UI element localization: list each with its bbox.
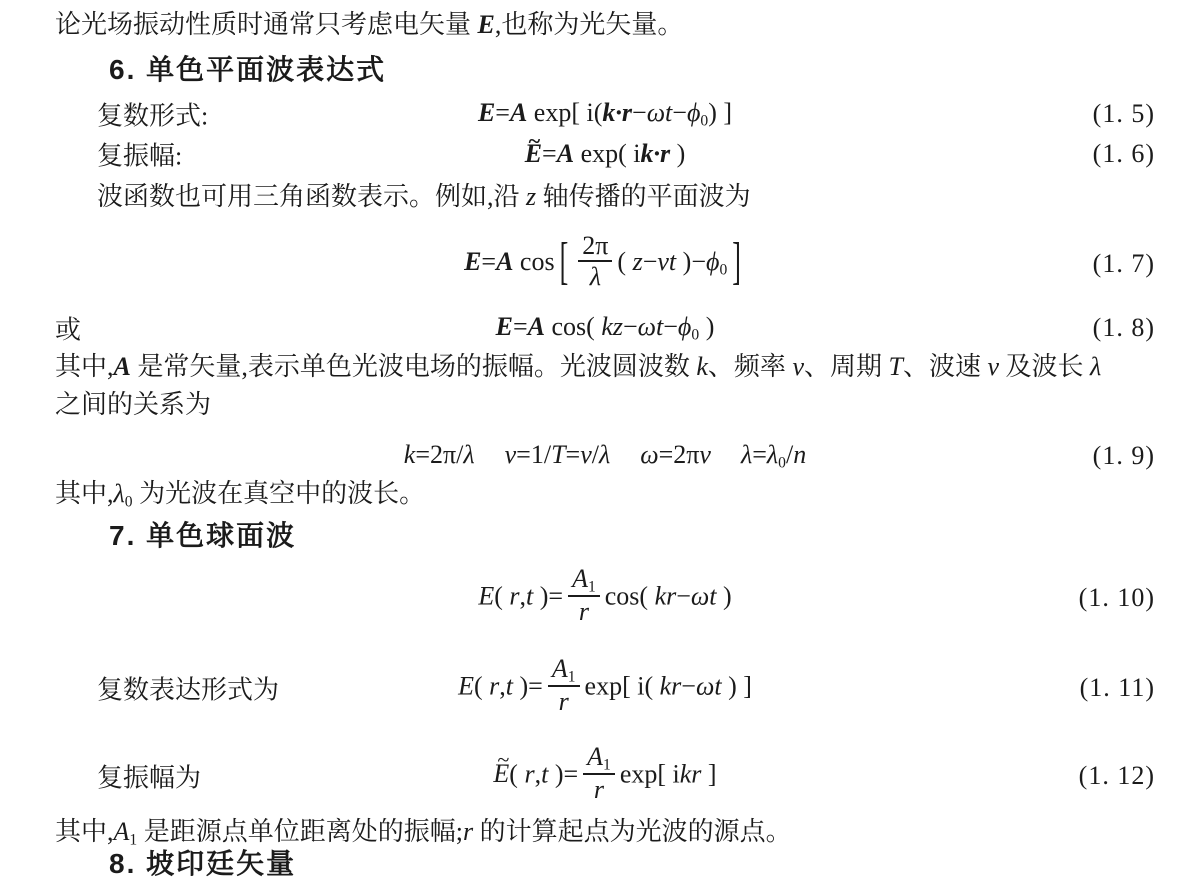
math-token: = [566,440,581,469]
equation-1-9: k=2π/λν=1/T=v/λω=2πνλ=λ0/n [404,440,806,472]
math-token: exp[ i [620,759,680,788]
math-token: kz [601,312,623,341]
text-run: 其中, [55,479,114,508]
equation-number-1-11: (1. 11) [1080,673,1155,703]
text-run: 其中, [55,352,114,381]
math-token: ) [670,139,685,168]
relation-angular-frequency: ω=2πν [640,440,711,469]
math-var-z: z [526,182,536,211]
math-token: ϕ [687,98,700,127]
equation-number-1-8: (1. 8) [1093,313,1155,343]
math-token: exp[ i( [527,98,602,127]
math-token: λ [463,440,474,469]
equation-number-1-7: (1. 7) [1093,249,1155,279]
math-token: λ [599,440,610,469]
fraction: A1r [548,654,580,717]
math-token: vt [657,247,676,276]
text-run: 、频率 [708,352,793,381]
math-token: E [478,98,495,127]
math-token: ) [717,581,732,610]
math-token: = [495,98,510,127]
equation-1-11: E( r,t )=A1rexp[ i( kr−ωt ) ] [458,657,752,720]
math-token: r [489,671,499,700]
math-token: − [672,98,687,127]
math-token: A [528,312,545,341]
section-heading-6: 6. 单色平面波表达式 [109,54,1155,86]
math-token: − [691,247,706,276]
text-run: 轴传播的平面波为 [536,182,751,211]
math-token: k·r [640,139,670,168]
math-token: = [542,139,557,168]
paragraph-trig: 波函数也可用三角函数表示。例如,沿 z 轴传播的平面波为 [97,180,1155,214]
math-subscript: 1 [568,668,576,685]
math-var-nu: ν [792,352,804,381]
math-var-lambda0: λ [114,479,125,508]
equation-1-8: E=A cos( kz−ωt−ϕ0 ) [496,312,715,344]
text-run: 的计算起点为光波的源点。 [473,817,792,846]
fraction: A1r [583,742,615,805]
math-token: k [404,440,416,469]
formula-row-1-6: 复振幅: ~E=A exp( ik·r ) (1. 6) [55,134,1155,174]
math-token: λ [767,440,778,469]
math-token: = [513,312,528,341]
math-token: ( [494,581,509,610]
math-token: cos [513,247,554,276]
equation-1-7: E=A cos[2πλ( z−vt )−ϕ0] [464,234,746,294]
formula-label-complex-amplitude: 复振幅: [97,136,182,173]
math-token: ωt [696,671,722,700]
formula-row-1-5: 复数形式: E=A exp[ i(k·r−ωt−ϕ0) ] (1. 5) [55,94,1155,134]
math-token: =2π [659,440,700,469]
math-token: exp( i [574,139,640,168]
text-run: 为光波在真空中的波长。 [133,479,426,508]
math-token: kr [655,581,677,610]
section-heading-7: 7. 单色球面波 [109,520,1155,552]
math-token: cos( [605,581,655,610]
tilde-accent-wrap: ~E [493,759,509,789]
math-token: ] [701,759,716,788]
math-token: − [663,312,678,341]
text-run: ,也称为光矢量。 [495,10,684,39]
denominator: λ [578,262,612,291]
math-var-E: E [478,10,495,39]
math-token: exp[ i( [585,671,660,700]
equation-1-10: E( r,t )=A1rcos( kr−ωt ) [478,567,731,630]
section-heading-8: 8. 坡印廷矢量 [109,850,1155,878]
math-token: ) [699,312,714,341]
equation-1-6: ~E=A exp( ik·r ) [525,139,686,169]
math-token: − [632,98,647,127]
math-token: − [623,312,638,341]
math-token: = [481,247,496,276]
relation-wavelength: λ=λ0/n [741,440,806,469]
paragraph-a1: 其中,A1 是距源点单位距离处的振幅;r 的计算起点为光波的源点。 [55,814,1155,850]
formula-row-1-12: 复振幅为 ~E( r,t )=A1rexp[ ikr ] (1. 12) [55,738,1155,814]
formula-label-complex-amplitude-2: 复振幅为 [97,758,201,795]
math-var-A: A [114,352,131,381]
math-token: v [580,440,592,469]
formula-label-or: 或 [55,310,81,347]
math-token: n [793,440,806,469]
formula-row-1-9: k=2π/λν=1/T=v/λω=2πνλ=λ0/n (1. 9) [55,436,1155,476]
math-token: A [552,654,568,683]
equation-number-1-12: (1. 12) [1079,761,1155,791]
math-token: T [551,440,565,469]
formula-label-complex-form: 复数形式: [97,96,208,133]
math-token: r [524,759,534,788]
math-token: r [509,581,519,610]
math-subscript: 0 [719,261,727,278]
math-token: t [506,671,513,700]
math-token: k·r [602,98,632,127]
math-subscript: 0 [778,454,786,471]
math-token: ( [509,759,524,788]
math-token: =1/ [516,440,551,469]
math-token: ) ] [708,98,732,127]
formula-row-1-8: 或 E=A cos( kz−ωt−ϕ0 ) (1. 8) [55,308,1155,348]
formula-row-1-7: E=A cos[2πλ( z−vt )−ϕ0] (1. 7) [55,220,1155,308]
text-run: 波函数也可用三角函数表示。例如,沿 [97,182,526,211]
math-token: − [676,581,691,610]
paragraph-relation: 其中,A 是常矢量,表示单色光波电场的振幅。光波圆波数 k、频率 ν、周期 T、… [55,348,1155,424]
math-token: − [681,671,696,700]
math-var-A1: A [114,817,130,846]
tilde-accent-wrap: ~E [525,139,542,169]
math-token: ν [699,440,711,469]
math-token: kr [660,671,682,700]
denominator: r [583,775,615,804]
math-subscript: 1 [588,578,596,595]
math-token: E [496,312,513,341]
math-token: = [752,440,767,469]
math-token: )= [513,671,543,700]
math-token: ( [617,247,632,276]
math-token: E [478,581,494,610]
paragraph-intro: 论光场振动性质时通常只考虑电矢量 E,也称为光矢量。 [55,8,1155,42]
numerator: 2π [578,231,612,262]
math-token: ωt [638,312,664,341]
relation-frequency: ν=1/T=v/λ [505,440,611,469]
text-run: 、周期 [804,352,889,381]
math-token: A [510,98,527,127]
math-var-v: v [987,352,999,381]
tilde-accent: ~ [529,128,541,154]
text-run: 其中, [55,817,114,846]
math-token: )= [548,759,578,788]
math-token: ν [505,440,517,469]
math-token: ( [474,671,489,700]
math-token: − [643,247,658,276]
numerator: A1 [583,742,615,776]
denominator: r [548,687,580,716]
math-token: ϕ [706,247,719,276]
math-token: E [458,671,474,700]
math-var-r: r [463,817,473,846]
equation-number-1-9: (1. 9) [1093,441,1155,471]
numerator: A1 [548,654,580,688]
math-token: ϕ [678,312,691,341]
math-token: )= [533,581,563,610]
text-run: 、波速 [903,352,988,381]
formula-label-complex-expression: 复数表达形式为 [97,670,279,707]
text-run: 是常矢量,表示单色光波电场的振幅。光波圆波数 [131,352,697,381]
math-token: A [557,139,574,168]
equation-number-1-10: (1. 10) [1079,583,1155,613]
equation-number-1-5: (1. 5) [1093,99,1155,129]
math-var-T: T [889,352,903,381]
text-run: 及波长 [999,352,1090,381]
math-token: =2π/ [415,440,463,469]
math-token: ) [676,247,691,276]
fraction: A1r [568,564,600,627]
math-var-k: k [696,352,708,381]
math-token: ω [640,440,658,469]
math-token: A [496,247,513,276]
paragraph-lambda0: 其中,λ0 为光波在真空中的波长。 [55,476,1155,512]
paragraph-relation-line2: 之间的关系为 [55,386,1155,424]
formula-row-1-10: E( r,t )=A1rcos( kr−ωt ) (1. 10) [55,560,1155,636]
math-token: A [572,564,588,593]
textbook-page: 论光场振动性质时通常只考虑电矢量 E,也称为光矢量。 6. 单色平面波表达式 复… [0,0,1192,878]
math-token: / [592,440,599,469]
numerator: A1 [568,564,600,598]
math-subscript: 0 [125,493,133,510]
formula-row-1-11: 复数表达形式为 E( r,t )=A1rexp[ i( kr−ωt ) ] (1… [55,650,1155,726]
math-token: kr [680,759,702,788]
equation-1-12: ~E( r,t )=A1rexp[ ikr ] [493,745,716,808]
math-token: cos( [545,312,601,341]
text-run: 论光场振动性质时通常只考虑电矢量 [55,10,478,39]
tilde-accent: ~ [497,747,509,773]
math-token: A [587,742,603,771]
fraction: 2πλ [578,231,612,291]
relation-wavenumber: k=2π/λ [404,440,475,469]
math-subscript: 1 [603,756,611,773]
equation-number-1-6: (1. 6) [1093,139,1155,169]
text-run: 是距源点单位距离处的振幅; [137,817,463,846]
math-token: ωt [691,581,717,610]
right-bracket: ] [732,232,741,292]
math-token: λ [741,440,752,469]
left-bracket: [ [560,232,569,292]
paragraph-relation-line1: 其中,A 是常矢量,表示单色光波电场的振幅。光波圆波数 k、频率 ν、周期 T、… [55,348,1155,386]
math-var-lambda: λ [1090,352,1101,381]
math-token: ωt [647,98,673,127]
math-token: E [464,247,481,276]
denominator: r [568,597,600,626]
equation-1-5: E=A exp[ i(k·r−ωt−ϕ0) ] [478,98,732,130]
math-token: ) ] [722,671,752,700]
math-token: z [633,247,643,276]
